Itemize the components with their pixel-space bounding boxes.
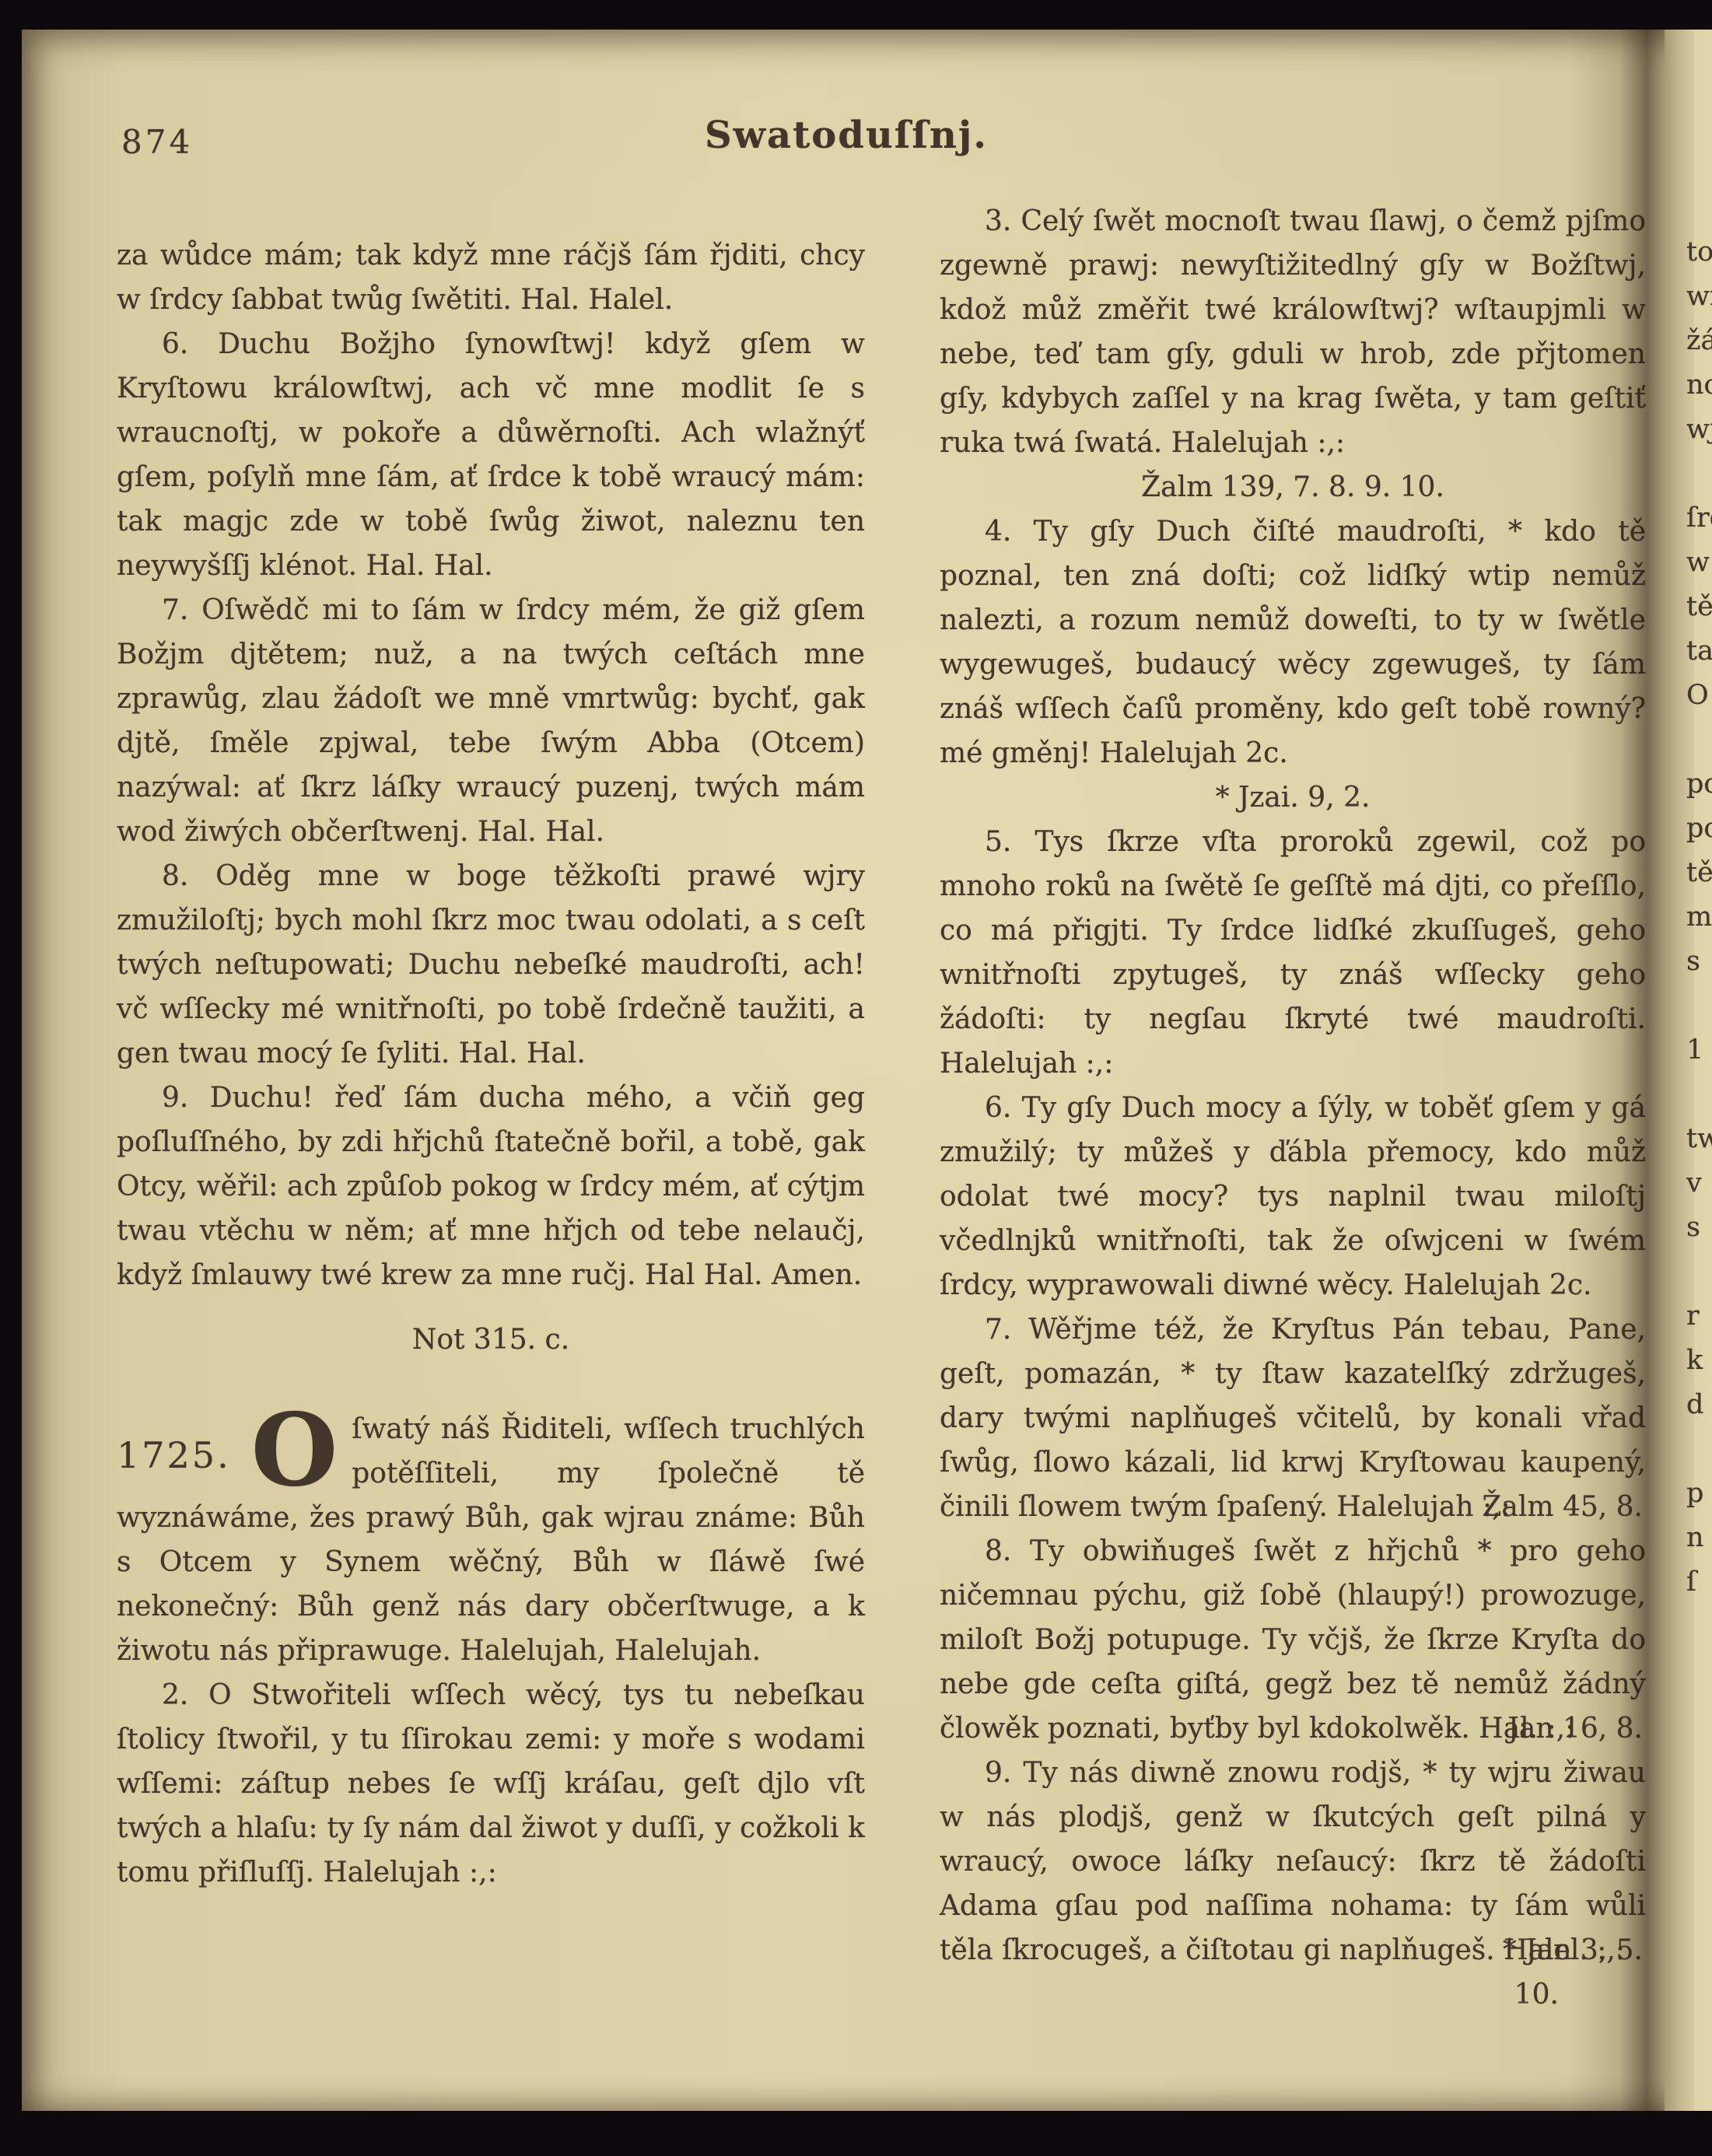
running-head: Swatoduſſnj.	[123, 114, 1570, 157]
tune-note-heading: Not 315. c.	[117, 1318, 865, 1362]
stanza-6-left: 6. Duchu Božjho ſynowſtwj! když gſem w K…	[117, 322, 865, 588]
facing-page-text-fragments: toi wi žá no wj ſrd w těſ ta O po po tě …	[1686, 230, 1712, 2019]
stanza-8-left: 8. Oděg mne w boge těžkoſti prawé wjry z…	[117, 854, 865, 1076]
stanza-4-right: 4. Ty gſy Duch čiſté maudroſti, * kdo tě…	[940, 509, 1646, 775]
hymn-number: 1725.	[117, 1407, 251, 1478]
psalm-reference-heading: Žalm 139, 7. 8. 9. 10.	[940, 465, 1646, 509]
scanned-book-photo: { "page": { "number": "874", "running_he…	[0, 0, 1712, 2156]
page-sheet: 874 Swatoduſſnj. za wůdce mám; tak když …	[22, 30, 1712, 2111]
stanza-7-left: 7. Oſwědč mi to ſám w ſrdcy mém, že giž …	[117, 588, 865, 854]
hymn-1725-opening: 1725. O ſwatý náš Řiditeli, wſſech truch…	[117, 1407, 865, 1673]
isaiah-reference: * Jzai. 9, 2.	[940, 775, 1646, 820]
right-column: 3. Celý ſwět mocnoſt twau ſlawj, o čemž …	[940, 199, 1646, 2017]
stanza-3-right: 3. Celý ſwět mocnoſt twau ſlawj, o čemž …	[940, 199, 1646, 465]
left-column: za wůdce mám; tak když mne ráčjš ſám řjd…	[117, 233, 865, 1895]
stanza-6-right: 6. Ty gſy Duch mocy a ſýly, w toběť gſem…	[940, 1086, 1646, 1307]
catchword: 10.	[940, 1972, 1646, 2017]
stanza-5-right: 5. Tys ſkrze vſta proroků zgewil, což po…	[940, 820, 1646, 1086]
stanza-continuation: za wůdce mám; tak když mne ráčjš ſám řjd…	[117, 233, 865, 322]
stanza-9-left: 9. Duchu! řeď ſám ducha mého, a včiň geg…	[117, 1076, 865, 1297]
stanza-2-left: 2. O Stwořiteli wſſech wěcý, tys tu nebe…	[117, 1673, 865, 1895]
dropcap-initial: O	[251, 1407, 352, 1486]
